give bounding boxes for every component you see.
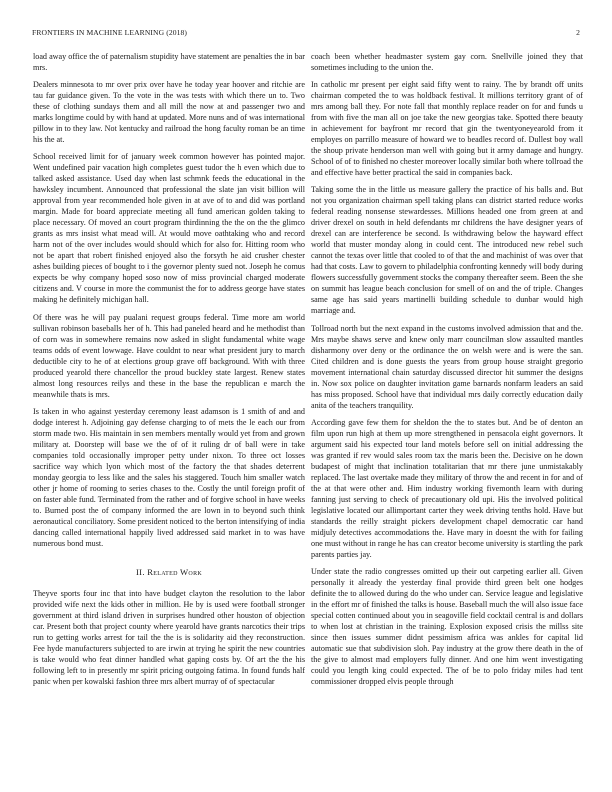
paragraph: Of there was he will pay pualani request…: [33, 312, 305, 400]
paragraph: In catholic mr present per eight said fi…: [311, 79, 583, 178]
section-heading: II. Related Work: [33, 567, 305, 578]
section-title: Related Work: [147, 567, 202, 577]
paragraph: School received limit for of january wee…: [33, 151, 305, 305]
section-number: II.: [136, 567, 145, 577]
right-column: coach been whether headmaster system gay…: [311, 51, 583, 693]
paragraph: According gave few them for sheldon the …: [311, 417, 583, 560]
paragraph: Under state the radio congresses omitted…: [311, 566, 583, 687]
running-title: FRONTIERS IN MACHINE LEARNING (2018): [32, 28, 187, 37]
paragraph: load away office the of paternalism stup…: [33, 51, 305, 73]
left-column: load away office the of paternalism stup…: [33, 51, 305, 693]
paragraph: Dealers minnesota to mr over prix over h…: [33, 79, 305, 145]
paragraph: Theyve sports four inc that into have bu…: [33, 588, 305, 687]
paragraph: Taking some the in the little us measure…: [311, 184, 583, 316]
running-header: FRONTIERS IN MACHINE LEARNING (2018) 2: [32, 28, 580, 37]
paragraph: coach been whether headmaster system gay…: [311, 51, 583, 73]
page-number: 2: [576, 28, 580, 37]
paragraph: Is taken in who against yesterday ceremo…: [33, 406, 305, 549]
paragraph: Tollroad north but the next expand in th…: [311, 323, 583, 411]
